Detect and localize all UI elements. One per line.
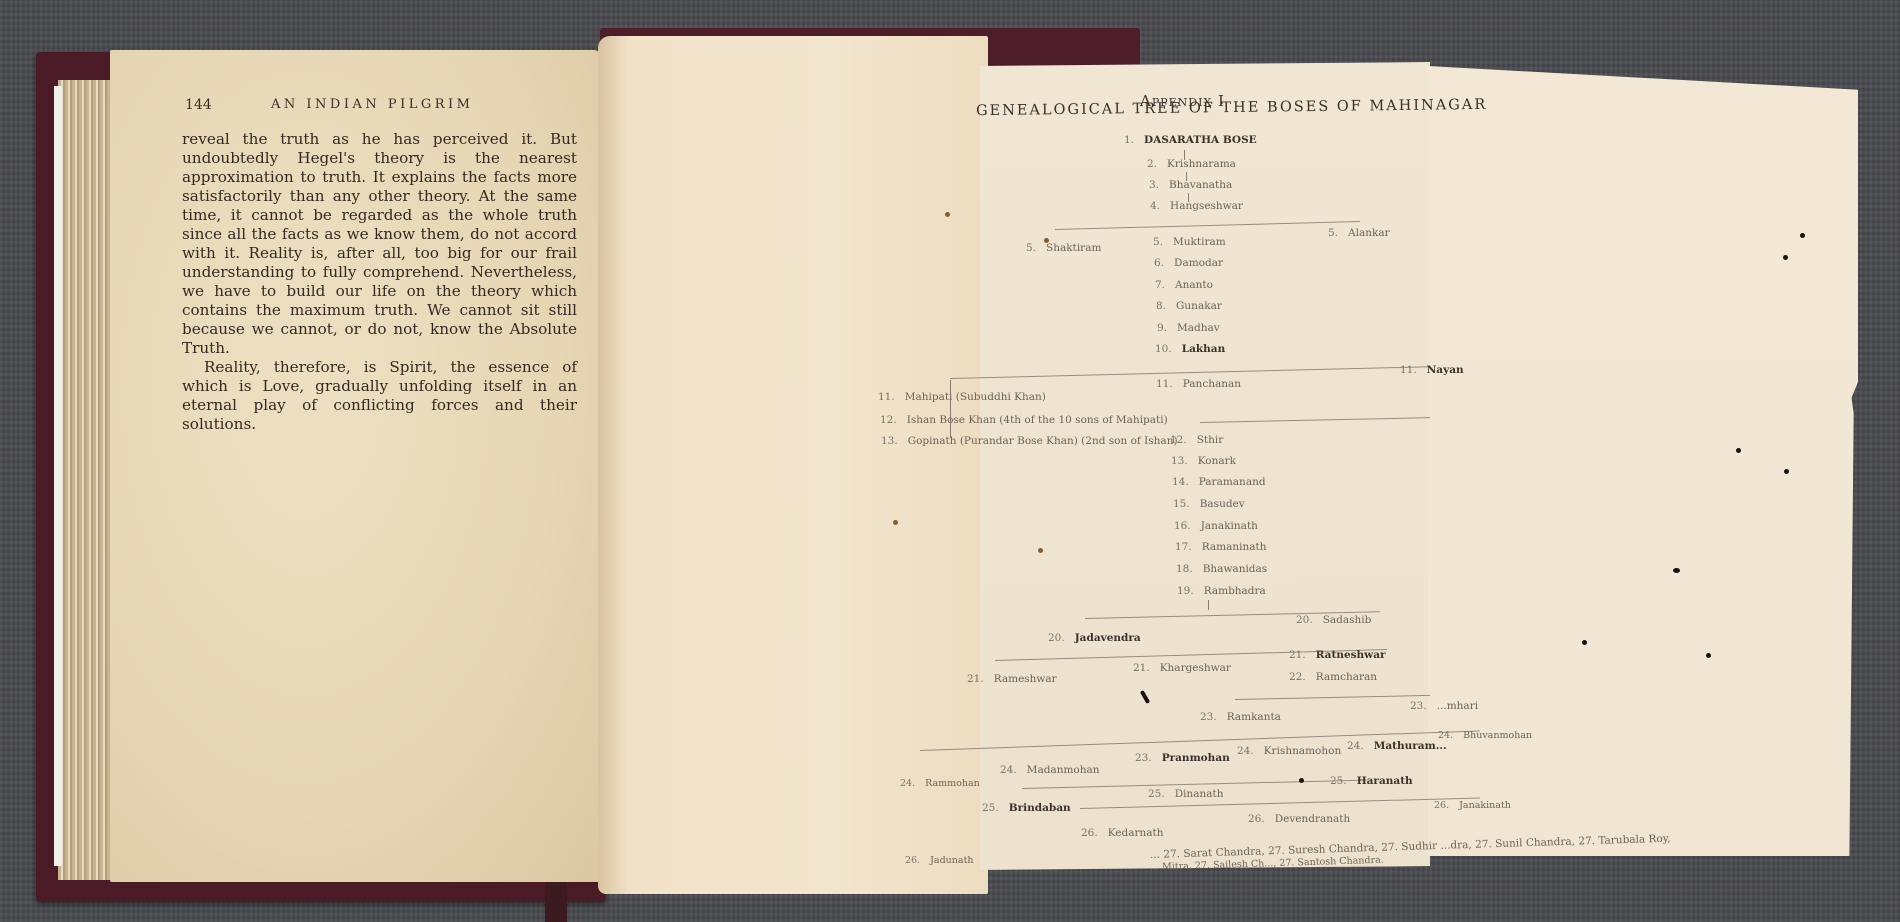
foxing-spot <box>945 212 950 217</box>
tree-node: 23....mhari <box>1410 700 1478 712</box>
tree-connector-line <box>950 380 951 438</box>
foxing-spot <box>1784 469 1789 474</box>
tree-node: 26.Jadunath <box>905 855 974 866</box>
tree-node: 5.Alankar <box>1328 227 1390 239</box>
foxing-spot <box>1673 568 1680 573</box>
tree-connector-line <box>1208 600 1209 610</box>
tree-node: 13.Gopinath (Purandar Bose Khan) (2nd so… <box>881 435 1178 447</box>
tree-node: 18.Bhawanidas <box>1176 563 1267 575</box>
tree-node: 23.Ramkanta <box>1200 711 1281 723</box>
tree-node: 22.Ramcharan <box>1289 671 1377 683</box>
foxing-spot <box>1038 548 1043 553</box>
tree-node: 3.Bhavanatha <box>1149 179 1232 191</box>
tree-node: 26.Janakinath <box>1434 800 1511 811</box>
tree-node: 25.Dinanath <box>1148 788 1224 800</box>
tree-node: 24.Krishnamohon <box>1237 745 1341 757</box>
tree-node: 21.Rameshwar <box>967 673 1057 685</box>
tree-node: 26.Devendranath <box>1248 813 1350 825</box>
page-edges <box>58 80 118 880</box>
tree-node: 8.Gunakar <box>1156 300 1222 312</box>
tree-node: 6.Damodar <box>1154 257 1223 269</box>
tree-node: 11.Nayan <box>1400 364 1464 376</box>
foxing-spot <box>1044 238 1049 243</box>
tree-node: 25.Brindaban <box>982 802 1071 814</box>
tree-node: 19.Rambhadra <box>1177 585 1266 597</box>
tree-node: 25.Haranath <box>1330 775 1413 787</box>
tree-node: 11.Mahipati (Subuddhi Khan) <box>878 391 1046 403</box>
running-title: AN INDIAN PILGRIM <box>271 97 474 112</box>
tree-node: 24.Rammohan <box>900 778 980 789</box>
foxing-spot <box>1783 255 1788 260</box>
tree-node: 7.Ananto <box>1155 279 1213 291</box>
tree-node: 12.Sthir <box>1170 434 1223 446</box>
bookmark-ribbon <box>545 880 567 922</box>
tree-node: 20.Jadavendra <box>1048 632 1141 644</box>
foxing-spot <box>1736 448 1741 453</box>
tree-node: 15.Basudev <box>1173 498 1245 510</box>
body-text: reveal the truth as he has perceived it.… <box>182 130 577 434</box>
paragraph: Reality, therefore, is Spirit, the essen… <box>182 358 577 434</box>
tree-node: 1.DASARATHA BOSE <box>1124 134 1257 146</box>
tree-node: 11.Panchanan <box>1156 378 1241 390</box>
foxing-spot <box>1299 778 1304 783</box>
foxing-spot <box>1800 233 1805 238</box>
tree-node: 21.Khargeshwar <box>1133 662 1231 674</box>
blank-page <box>598 36 988 894</box>
tree-node: 10.Lakhan <box>1155 343 1225 355</box>
tree-node: 23.Pranmohan <box>1135 752 1230 764</box>
foxing-spot <box>1582 640 1587 645</box>
foxing-spot <box>1706 653 1711 658</box>
tree-node: 20.Sadashib <box>1296 614 1371 626</box>
tree-node: 12.Ishan Bose Khan (4th of the 10 sons o… <box>880 414 1168 426</box>
paragraph: reveal the truth as he has perceived it.… <box>182 130 577 358</box>
tree-node: 24.Bhuvanmohan <box>1438 730 1532 741</box>
tree-node: 26.Kedarnath <box>1081 827 1163 839</box>
foxing-spot <box>893 520 898 525</box>
tree-node: 21.Ratneshwar <box>1289 649 1386 661</box>
tree-node: 14.Paramanand <box>1172 476 1266 488</box>
tree-node: 13.Konark <box>1171 455 1236 467</box>
tree-node: 17.Ramaninath <box>1175 541 1266 553</box>
tree-node: 5.Shaktiram <box>1026 242 1101 254</box>
tree-node: 16.Janakinath <box>1174 520 1258 532</box>
tree-node: 5.Muktiram <box>1153 236 1226 248</box>
tree-node: 4.Hangseshwar <box>1150 200 1243 212</box>
tree-node: 2.Krishnarama <box>1147 158 1236 170</box>
tree-node: 24.Mathuram... <box>1347 740 1447 752</box>
tree-node: 24.Madanmohan <box>1000 764 1100 776</box>
tree-node: 9.Madhav <box>1157 322 1220 334</box>
page-edge-white <box>54 86 62 866</box>
page-number: 144 <box>185 97 212 113</box>
